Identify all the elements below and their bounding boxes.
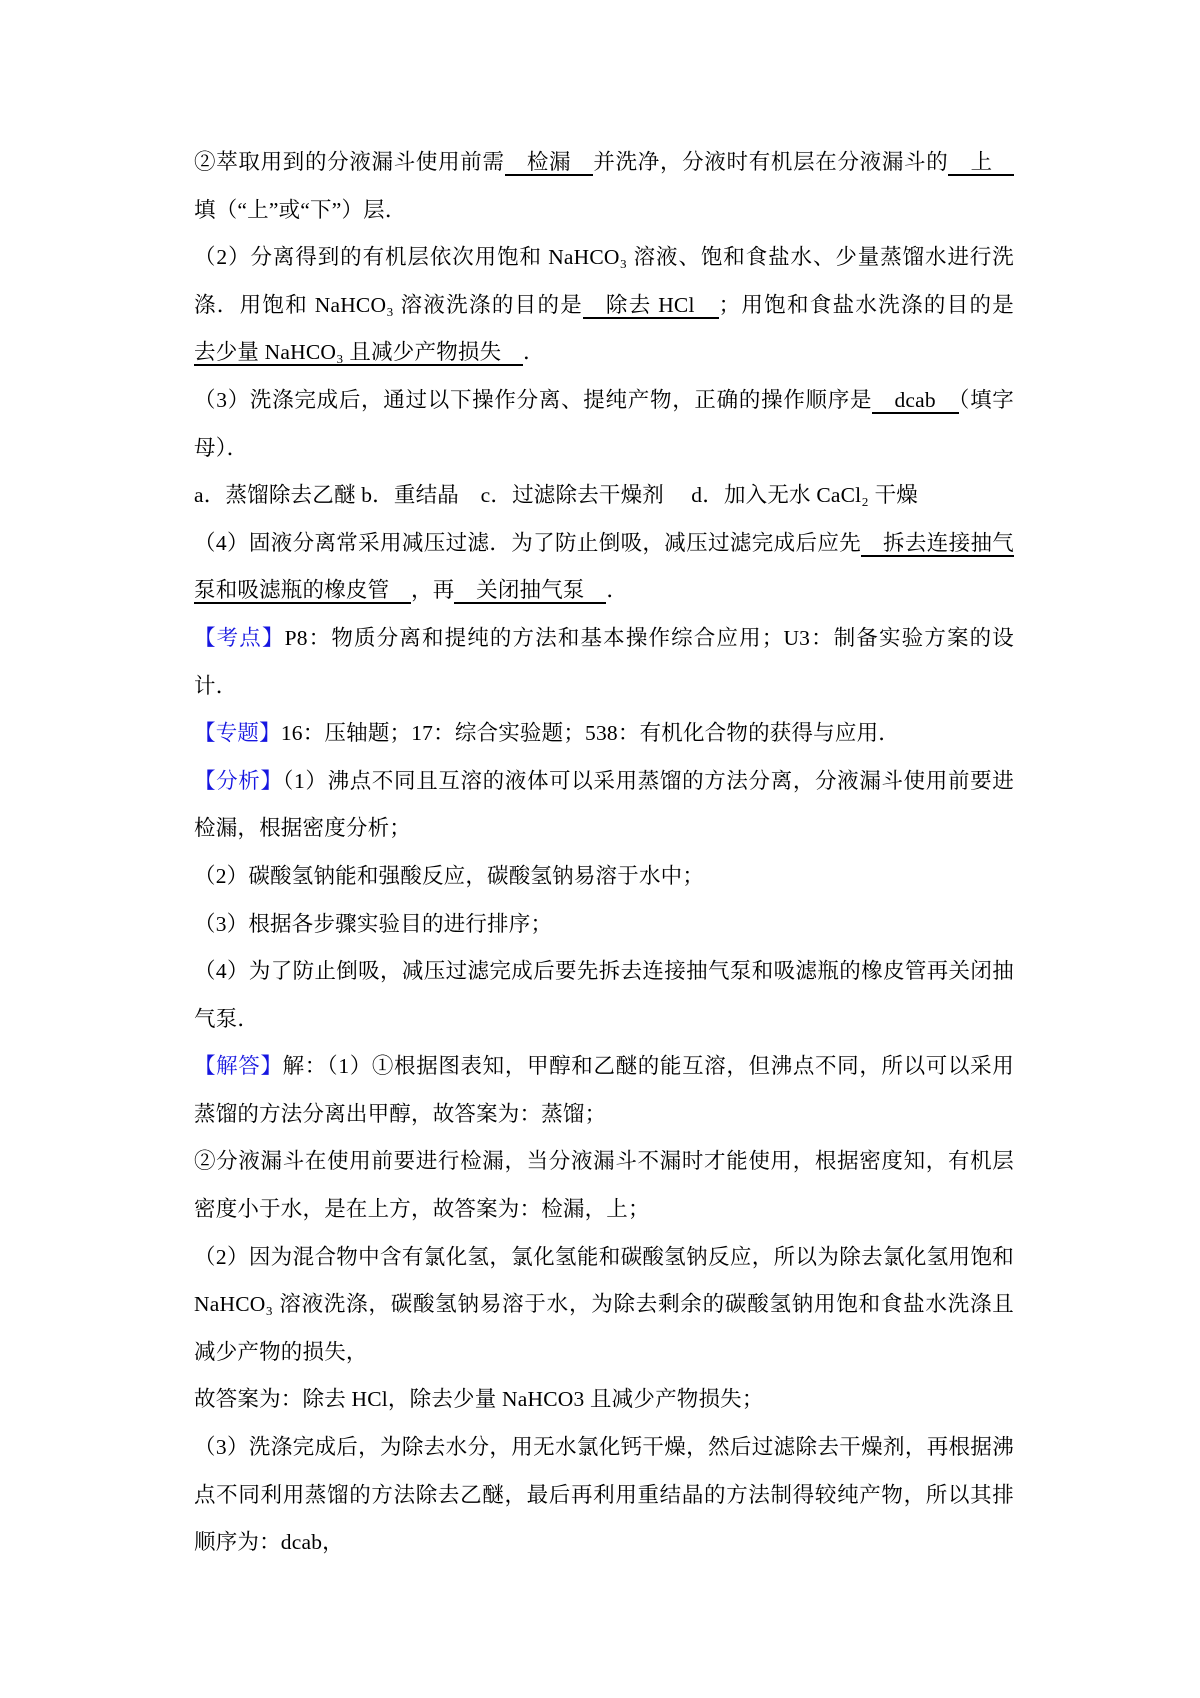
text-line: （2）碳酸氢钠能和强酸反应，碳酸氢钠易溶于水中； <box>194 853 1014 901</box>
text-segment: 点不同利用蒸馏的方法除去乙醚，最后再利用重结晶的方法制得较纯产物，所以其排列 <box>194 1483 1014 1520</box>
text-segment: 气泵． <box>194 1007 259 1031</box>
text-segment: 解：（1）①根据图表知，甲醇和乙醚的能互溶，但沸点不同，所以可以采用 <box>283 1054 1014 1078</box>
text-line: （4）固液分离常采用减压过滤．为了防止倒吸，减压过滤完成后应先 拆去连接抽气 <box>194 520 1014 568</box>
text-segment: P8：物质分离和提纯的方法和基本操作综合应用；U3：制备实验方案的设 <box>285 626 1014 650</box>
text-segment: （填字 <box>959 388 1014 412</box>
document-body: ②萃取用到的分液漏斗使用前需 检漏 并洗净，分液时有机层在分液漏斗的 上 填（“… <box>194 139 1014 1567</box>
answer-blank: 关闭抽气泵 <box>454 578 606 604</box>
text-segment: 减少产物的损失， <box>194 1340 368 1364</box>
answer-blank: 上 <box>948 150 1014 176</box>
answer-blank: 除去 HCl <box>583 293 718 319</box>
text-line: a．蒸馏除去乙醚 b．重结晶 c．过滤除去干燥剂 d．加入无水 CaCl₂ 干燥 <box>194 472 1014 520</box>
text-line: （3）洗涤完成后，为除去水分，用无水氯化钙干燥，然后过滤除去干燥剂，再根据沸 <box>194 1424 1014 1472</box>
text-line: （3）洗涤完成后，通过以下操作分离、提纯产物，正确的操作顺序是 dcab （填字 <box>194 377 1014 425</box>
text-segment: ②萃取用到的分液漏斗使用前需 <box>194 150 505 174</box>
answer-blank: 拆去连接抽气 <box>861 531 1014 557</box>
text-segment: （2）碳酸氢钠能和强酸反应，碳酸氢钠易溶于水中； <box>194 864 704 888</box>
text-segment: （3）洗涤完成后，为除去水分，用无水氯化钙干燥，然后过滤除去干燥剂，再根据沸 <box>194 1435 1014 1459</box>
text-line: 去少量 NaHCO₃ 且减少产物损失 ． <box>194 329 1014 377</box>
text-segment: NaHCO₃ 溶液洗涤，碳酸氢钠易溶于水，为除去剩余的碳酸氢钠用饱和食盐水洗涤且… <box>194 1292 1014 1329</box>
text-segment: 蒸馏的方法分离出甲醇，故答案为：蒸馏； <box>194 1102 606 1126</box>
section-label: 【分析】 <box>194 769 283 793</box>
text-line: 涤．用饱和 NaHCO₃ 溶液洗涤的目的是 除去 HCl ；用饱和食盐水洗涤的目… <box>194 282 1014 330</box>
text-line: 故答案为：除去 HCl，除去少量 NaHCO3 且减少产物损失； <box>194 1376 1014 1424</box>
text-segment: ；用饱和食盐水洗涤的目的是 <box>719 293 1014 317</box>
text-segment: 计． <box>194 674 237 698</box>
section-label: 【专题】 <box>194 721 281 745</box>
text-segment: 并洗净，分液时有机层在分液漏斗的 <box>593 150 948 174</box>
answer-blank: 去少量 NaHCO₃ 且减少产物损失 <box>194 340 523 366</box>
answer-blank: dcab <box>872 388 958 414</box>
text-line: 计． <box>194 663 1014 711</box>
text-segment: （4）固液分离常采用减压过滤．为了防止倒吸，减压过滤完成后应先 <box>194 531 861 555</box>
text-line: 【专题】16：压轴题；17：综合实验题；538：有机化合物的获得与应用． <box>194 710 1014 758</box>
text-line: （2）因为混合物中含有氯化氢，氯化氢能和碳酸氢钠反应，所以为除去氯化氢用饱和 <box>194 1234 1014 1282</box>
text-segment: 顺序为：dcab， <box>194 1530 344 1554</box>
text-line: 泵和吸滤瓶的橡皮管 ，再 关闭抽气泵 ． <box>194 567 1014 615</box>
text-segment: ． <box>523 340 545 364</box>
text-segment: （2）因为混合物中含有氯化氢，氯化氢能和碳酸氢钠反应，所以为除去氯化氢用饱和 <box>194 1245 1014 1269</box>
text-segment: 检漏，根据密度分析； <box>194 816 411 840</box>
section-label: 【考点】 <box>194 626 285 650</box>
text-line: 填（“上”或“下”）层． <box>194 187 1014 235</box>
text-segment: 涤．用饱和 NaHCO₃ 溶液洗涤的目的是 <box>194 293 583 317</box>
text-segment: 16：压轴题；17：综合实验题；538：有机化合物的获得与应用． <box>281 721 900 745</box>
text-line: 点不同利用蒸馏的方法除去乙醚，最后再利用重结晶的方法制得较纯产物，所以其排列 <box>194 1472 1014 1520</box>
text-segment: （3）根据各步骤实验目的进行排序； <box>194 912 552 936</box>
text-line: 【分析】（1）沸点不同且互溶的液体可以采用蒸馏的方法分离，分液漏斗使用前要进行 <box>194 758 1014 806</box>
text-segment: ，再 <box>411 578 454 602</box>
answer-blank: 检漏 <box>505 150 594 176</box>
text-segment: ②分液漏斗在使用前要进行检漏，当分液漏斗不漏时才能使用，根据密度知，有机层的 <box>194 1149 1014 1186</box>
text-segment: （3）洗涤完成后，通过以下操作分离、提纯产物，正确的操作顺序是 <box>194 388 872 412</box>
text-segment: 密度小于水，是在上方，故答案为：检漏，上； <box>194 1197 650 1221</box>
text-segment: ． <box>606 578 628 602</box>
text-line: 减少产物的损失， <box>194 1329 1014 1377</box>
text-line: 检漏，根据密度分析； <box>194 805 1014 853</box>
text-line: （3）根据各步骤实验目的进行排序； <box>194 901 1014 949</box>
section-label: 【解答】 <box>194 1054 283 1078</box>
answer-blank: 泵和吸滤瓶的橡皮管 <box>194 578 411 604</box>
text-line: 气泵． <box>194 996 1014 1044</box>
text-line: 顺序为：dcab， <box>194 1519 1014 1567</box>
text-line: 密度小于水，是在上方，故答案为：检漏，上； <box>194 1186 1014 1234</box>
text-segment: 故答案为：除去 HCl，除去少量 NaHCO3 且减少产物损失； <box>194 1387 764 1411</box>
text-line: NaHCO₃ 溶液洗涤，碳酸氢钠易溶于水，为除去剩余的碳酸氢钠用饱和食盐水洗涤且… <box>194 1281 1014 1329</box>
text-line: 【考点】P8：物质分离和提纯的方法和基本操作综合应用；U3：制备实验方案的设 <box>194 615 1014 663</box>
text-line: ②分液漏斗在使用前要进行检漏，当分液漏斗不漏时才能使用，根据密度知，有机层的 <box>194 1138 1014 1186</box>
text-line: 母）． <box>194 425 1014 473</box>
text-line: ②萃取用到的分液漏斗使用前需 检漏 并洗净，分液时有机层在分液漏斗的 上 <box>194 139 1014 187</box>
text-segment: a．蒸馏除去乙醚 b．重结晶 c．过滤除去干燥剂 d．加入无水 CaCl₂ 干燥 <box>194 483 918 507</box>
document-page: ②萃取用到的分液漏斗使用前需 检漏 并洗净，分液时有机层在分液漏斗的 上 填（“… <box>0 0 1200 1698</box>
text-line: （4）为了防止倒吸，减压过滤完成后要先拆去连接抽气泵和吸滤瓶的橡皮管再关闭抽 <box>194 948 1014 996</box>
text-line: 【解答】解：（1）①根据图表知，甲醇和乙醚的能互溶，但沸点不同，所以可以采用 <box>194 1043 1014 1091</box>
text-segment: （2）分离得到的有机层依次用饱和 NaHCO₃ 溶液、饱和食盐水、少量蒸馏水进行… <box>194 245 1014 269</box>
text-line: （2）分离得到的有机层依次用饱和 NaHCO₃ 溶液、饱和食盐水、少量蒸馏水进行… <box>194 234 1014 282</box>
text-segment: 母）． <box>194 436 248 460</box>
text-segment: 填（“上”或“下”）层． <box>194 198 407 222</box>
text-segment: （4）为了防止倒吸，减压过滤完成后要先拆去连接抽气泵和吸滤瓶的橡皮管再关闭抽 <box>194 959 1014 983</box>
text-segment: （1）沸点不同且互溶的液体可以采用蒸馏的方法分离，分液漏斗使用前要进行 <box>194 769 1014 806</box>
text-line: 蒸馏的方法分离出甲醇，故答案为：蒸馏； <box>194 1091 1014 1139</box>
